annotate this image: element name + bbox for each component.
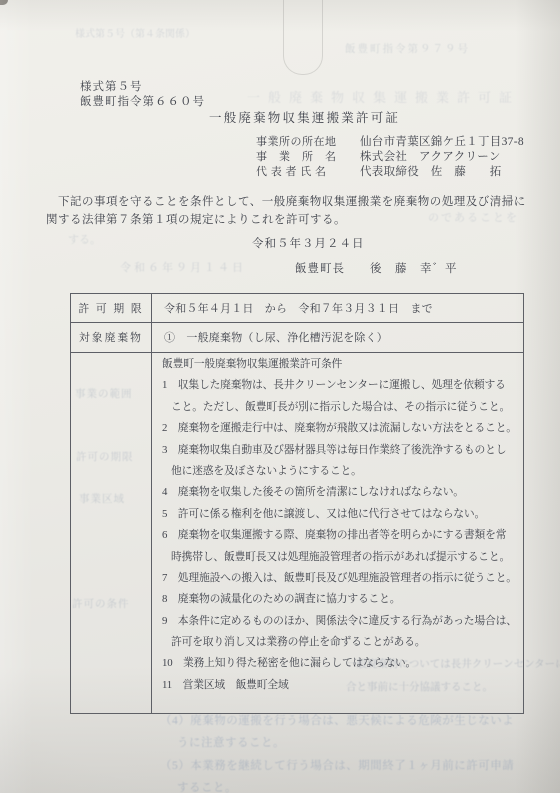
document-page: 様式第５号（第４条関係） 飯豊町指令第９７９号 一般廃棄物収集運搬業許可証 ので…	[0, 0, 560, 793]
target-waste-value: ① 一般廃棄物（し尿、浄化槽汚泥を除く）	[164, 329, 388, 345]
condition-line: 6 廃棄物を収集運搬する際、廃棄物の排出者等を明らかにする書類を常	[162, 525, 519, 546]
directive-number: 飯豊町指令第６６０号	[80, 95, 205, 109]
ghost-date: 令和６年９月１４日	[120, 259, 246, 275]
paper-clip-mark	[283, 0, 323, 75]
condition-line: 3 廃棄物収集自動車及び器材器具等は毎日作業終了後洗浄するものとし	[162, 440, 519, 461]
condition-line: こと。ただし、飯豊町長が別に指示した場合は、その指示に従うこと。	[162, 397, 519, 418]
condition-line: 時携帯し、飯豊町長又は処理施設管理者の指示があれば提示すること。	[162, 547, 519, 568]
issue-date: 令和５年３月２４日	[252, 237, 365, 251]
conditions-title: 飯豊町一般廃棄物収集運搬業許可条件	[162, 354, 519, 375]
table-row-divider-1	[71, 322, 523, 323]
ghost-phrase-right: のであることを	[428, 209, 519, 225]
document-title: 一般廃棄物収集運搬業許可証	[209, 111, 400, 127]
ghost-form-note: 様式第５号（第４条関係）	[75, 25, 195, 40]
ghost-phrase-left: する。	[68, 231, 101, 247]
permit-term-value: 令和５年４月１日 から 令和７年３月３１日 まで	[164, 300, 433, 316]
condition-line: 9 本条件に定めるもののほか、関係法令に違反する行為があった場合は、	[162, 611, 519, 632]
form-number: 様式第５号	[80, 80, 143, 94]
ghost-bottom-line-3: （5）本業務を継続して行う場合は、期間終了１ヶ月前に許可申請	[160, 757, 514, 773]
condition-line: 7 処理施設への搬入は、飯豊町長及び処理施設管理者の指示に従うこと。	[162, 568, 519, 589]
ghost-bottom-line-2: うに注意すること。	[177, 734, 285, 750]
issuer-mayor: 飯豊町長 後 藤 幸゛平	[295, 262, 458, 276]
body-paragraph-line-1: 下記の事項を守ることを条件として、一般廃棄物収集運搬業を廃棄物の処理及び清掃に	[46, 195, 526, 209]
permit-table: 許 可 期 限 令和５年４月１日 から 令和７年３月３１日 まで 対象廃棄物 ①…	[70, 293, 524, 714]
ghost-directive-no: 飯豊町指令第９７９号	[345, 41, 470, 56]
target-waste-label: 対象廃棄物	[71, 330, 151, 345]
condition-line: 4 廃棄物を収集した後その箇所を清潔にしなければならない。	[162, 482, 519, 503]
condition-line: 1 収集した廃棄物は、長井クリーンセンターに運搬し、処理を依頼する	[162, 375, 519, 396]
condition-line: 11 営業区域 飯豊町全域	[162, 675, 519, 696]
condition-line: 8 廃棄物の減量化のための調査に協力すること。	[162, 589, 519, 610]
representative-label: 代 表 者 氏 名	[256, 166, 327, 180]
table-column-divider	[151, 294, 152, 713]
condition-line: 2 廃棄物を運搬走行中は、廃棄物が飛散又は流漏しない方法をとること。	[162, 418, 519, 439]
business-address-label: 事業所の所在地	[256, 136, 337, 150]
condition-line: 10 業務上知り得た秘密を他に漏らしてはならない。	[162, 653, 519, 674]
business-name-value: 株式会社 アクアクリーン	[360, 150, 501, 164]
ghost-bottom-line-4: すること。	[177, 779, 237, 793]
condition-line: 5 許可に係る権利を他に譲渡し、又は他に代行させてはならない。	[162, 504, 519, 525]
condition-line: 許可を取り消し又は業務の停止を命ずることがある。	[162, 632, 519, 653]
permit-term-label: 許 可 期 限	[71, 301, 151, 316]
body-paragraph-line-2: 関する法律第７条第１項の規定によりこれを許可する。	[46, 213, 346, 227]
ghost-bottom-line-1: （4）廃棄物の運搬を行う場合は、悪天候による危険が生じないよ	[160, 712, 514, 728]
business-address-value: 仙台市青葉区錦ケ丘１丁目37-8	[360, 135, 524, 149]
table-row-divider-2	[71, 352, 523, 353]
page-corner-mark	[0, 0, 8, 5]
representative-value: 代表取締役 佐 藤 拓	[360, 165, 502, 179]
condition-line: 他に迷惑を及ぼさないようにすること。	[162, 461, 519, 482]
ghost-title: 一般廃棄物収集運搬業許可証	[247, 87, 520, 106]
business-name-label: 事 業 所 名	[256, 151, 337, 165]
permit-conditions: 飯豊町一般廃棄物収集運搬業許可条件 1 収集した廃棄物は、長井クリーンセンターに…	[162, 354, 519, 696]
